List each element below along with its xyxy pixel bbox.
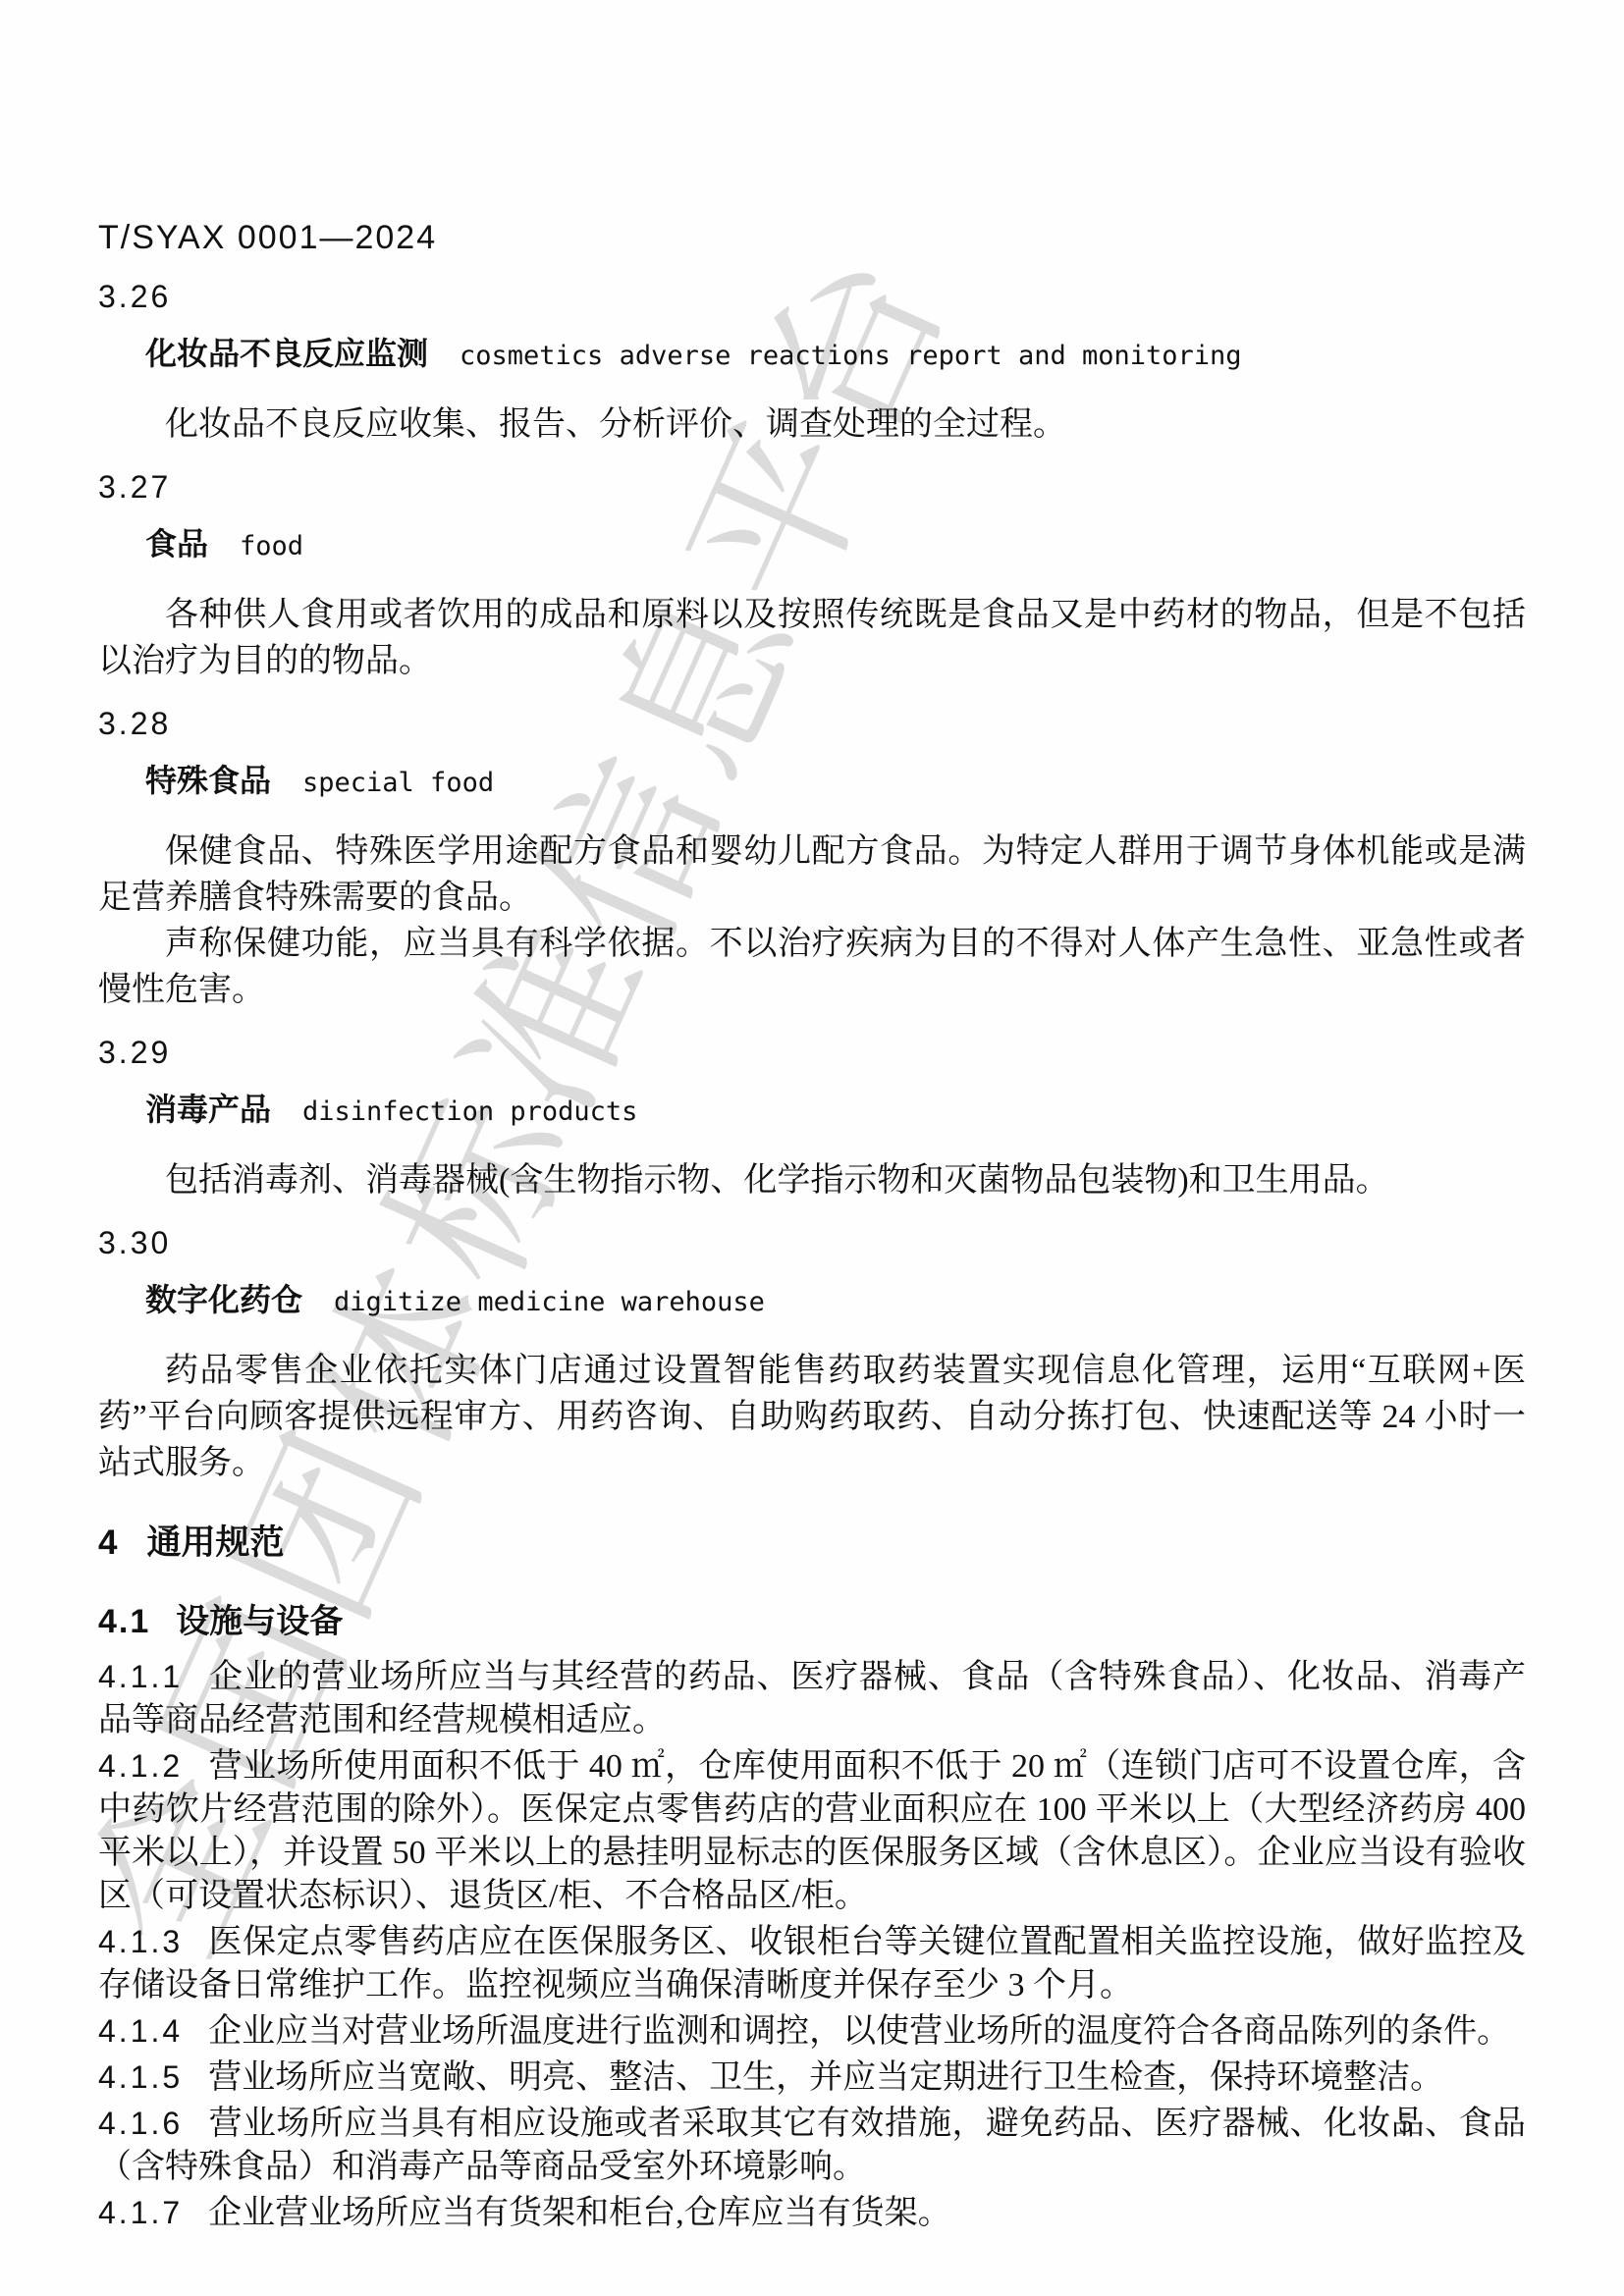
- clause-number: 4.1.6: [98, 2106, 183, 2141]
- term-chinese: 数字化药仓: [145, 1282, 302, 1317]
- term-number: 3.27: [98, 467, 1526, 507]
- section-title: 设施与设备: [176, 1603, 343, 1640]
- clause-4-1-4: 4.1.4企业应当对营业场所温度进行监测和调控，以使营业场所的温度符合各商品陈列…: [98, 2009, 1526, 2054]
- definition-paragraph: 化妆品不良反应收集、报告、分析评价、调查处理的全过程。: [98, 401, 1526, 448]
- term-definition: 包括消毒剂、消毒器械(含生物指示物、化学指示物和灭菌物品包装物)和卫生用品。: [98, 1157, 1526, 1203]
- clause-number: 4.1.4: [98, 2013, 183, 2049]
- standard-number-header: T/SYAX 0001—2024: [98, 0, 1526, 257]
- term-definition: 化妆品不良反应收集、报告、分析评价、调查处理的全过程。: [98, 401, 1526, 448]
- term-chinese: 化妆品不良反应监测: [145, 336, 428, 371]
- clause-number: 4.1.5: [98, 2059, 183, 2095]
- term-heading: 化妆品不良反应监测cosmetics adverse reactions rep…: [98, 332, 1526, 382]
- definition-paragraph: 保健食品、特殊医学用途配方食品和婴幼儿配方食品。为特定人群用于调节身体机能或是满…: [98, 828, 1526, 921]
- clause-4-1-1: 4.1.1企业的营业场所应当与其经营的药品、医疗器械、食品（含特殊食品）、化妆品…: [98, 1655, 1526, 1742]
- term-number: 3.30: [98, 1223, 1526, 1262]
- clause-4-1-3: 4.1.3医保定点零售药店应在医保服务区、收银柜台等关键位置配置相关监控设施，做…: [98, 1920, 1526, 2007]
- clause-text: 营业场所使用面积不低于 40 ㎡，仓库使用面积不低于 20 ㎡（连锁门店可不设置…: [98, 1748, 1526, 1914]
- term-english: food: [240, 531, 303, 561]
- section-number: 4.1: [98, 1603, 150, 1640]
- document-page: 全国团体标准信息平台 T/SYAX 0001—2024 3.26 化妆品不良反应…: [0, 0, 1624, 2296]
- term-section-3-29: 3.29 消毒产品disinfection products 包括消毒剂、消毒器…: [98, 1033, 1526, 1203]
- clause-4-1-2: 4.1.2营业场所使用面积不低于 40 ㎡，仓库使用面积不低于 20 ㎡（连锁门…: [98, 1744, 1526, 1918]
- term-number: 3.28: [98, 704, 1526, 743]
- term-definition: 药品零售企业依托实体门店通过设置智能售药取药装置实现信息化管理，运用“互联网+医…: [98, 1348, 1526, 1486]
- term-heading: 特殊食品special food: [98, 759, 1526, 809]
- term-heading: 食品food: [98, 522, 1526, 572]
- section-heading: 4.1设施与设备: [98, 1598, 1526, 1645]
- term-section-3-27: 3.27 食品food 各种供人食用或者饮用的成品和原料以及按照传统既是食品又是…: [98, 467, 1526, 684]
- chapter-number: 4: [98, 1523, 119, 1562]
- term-english: special food: [302, 768, 494, 798]
- clause-text: 医保定点零售药店应在医保服务区、收银柜台等关键位置配置相关监控设施，做好监控及存…: [98, 1924, 1526, 2003]
- definition-paragraph: 包括消毒剂、消毒器械(含生物指示物、化学指示物和灭菌物品包装物)和卫生用品。: [98, 1157, 1526, 1203]
- term-english: cosmetics adverse reactions report and m…: [460, 341, 1242, 371]
- clause-number: 4.1.3: [98, 1924, 183, 1959]
- definition-paragraph: 各种供人食用或者饮用的成品和原料以及按照传统既是食品又是中药材的物品，但是不包括…: [98, 592, 1526, 684]
- clause-text: 企业应当对营业场所温度进行监测和调控，以使营业场所的温度符合各商品陈列的条件。: [208, 2013, 1510, 2050]
- term-section-3-28: 3.28 特殊食品special food 保健食品、特殊医学用途配方食品和婴幼…: [98, 704, 1526, 1013]
- term-number: 3.29: [98, 1033, 1526, 1072]
- clause-4-1-7: 4.1.7企业营业场所应当有货架和柜台,仓库应当有货架。: [98, 2191, 1526, 2235]
- clause-number: 4.1.1: [98, 1659, 183, 1694]
- clause-text: 营业场所应当宽敞、明亮、整洁、卫生，并应当定期进行卫生检查，保持环境整洁。: [208, 2059, 1443, 2096]
- term-heading: 数字化药仓digitize medicine warehouse: [98, 1278, 1526, 1328]
- clause-number: 4.1.7: [98, 2195, 183, 2230]
- clause-4-1-6: 4.1.6营业场所应当具有相应设施或者采取其它有效措施，避免药品、医疗器械、化妆…: [98, 2102, 1526, 2189]
- chapter-title: 通用规范: [146, 1523, 284, 1562]
- clause-text: 企业营业场所应当有货架和柜台,仓库应当有货架。: [208, 2195, 951, 2231]
- term-section-3-30: 3.30 数字化药仓digitize medicine warehouse 药品…: [98, 1223, 1526, 1486]
- term-english: disinfection products: [302, 1096, 637, 1127]
- term-chinese: 消毒产品: [145, 1092, 271, 1127]
- definition-paragraph: 声称保健功能，应当具有科学依据。不以治疗疾病为目的不得对人体产生急性、亚急性或者…: [98, 921, 1526, 1013]
- term-heading: 消毒产品disinfection products: [98, 1088, 1526, 1138]
- term-definition: 保健食品、特殊医学用途配方食品和婴幼儿配方食品。为特定人群用于调节身体机能或是满…: [98, 828, 1526, 1013]
- term-chinese: 特殊食品: [145, 763, 271, 798]
- term-chinese: 食品: [145, 526, 208, 561]
- term-definition: 各种供人食用或者饮用的成品和原料以及按照传统既是食品又是中药材的物品，但是不包括…: [98, 592, 1526, 684]
- term-section-3-26: 3.26 化妆品不良反应监测cosmetics adverse reaction…: [98, 277, 1526, 448]
- page-content: T/SYAX 0001—2024 3.26 化妆品不良反应监测cosmetics…: [0, 0, 1624, 2235]
- clause-text: 营业场所应当具有相应设施或者采取其它有效措施，避免药品、医疗器械、化妆品、食品（…: [98, 2106, 1526, 2185]
- chapter-heading: 4通用规范: [98, 1520, 1526, 1567]
- term-english: digitize medicine warehouse: [334, 1287, 765, 1317]
- definition-paragraph: 药品零售企业依托实体门店通过设置智能售药取药装置实现信息化管理，运用“互联网+医…: [98, 1348, 1526, 1486]
- term-number: 3.26: [98, 277, 1526, 316]
- clause-number: 4.1.2: [98, 1748, 183, 1784]
- clause-text: 企业的营业场所应当与其经营的药品、医疗器械、食品（含特殊食品）、化妆品、消毒产品…: [98, 1659, 1526, 1738]
- page-number: 5: [1398, 2107, 1413, 2140]
- clause-4-1-5: 4.1.5营业场所应当宽敞、明亮、整洁、卫生，并应当定期进行卫生检查，保持环境整…: [98, 2056, 1526, 2100]
